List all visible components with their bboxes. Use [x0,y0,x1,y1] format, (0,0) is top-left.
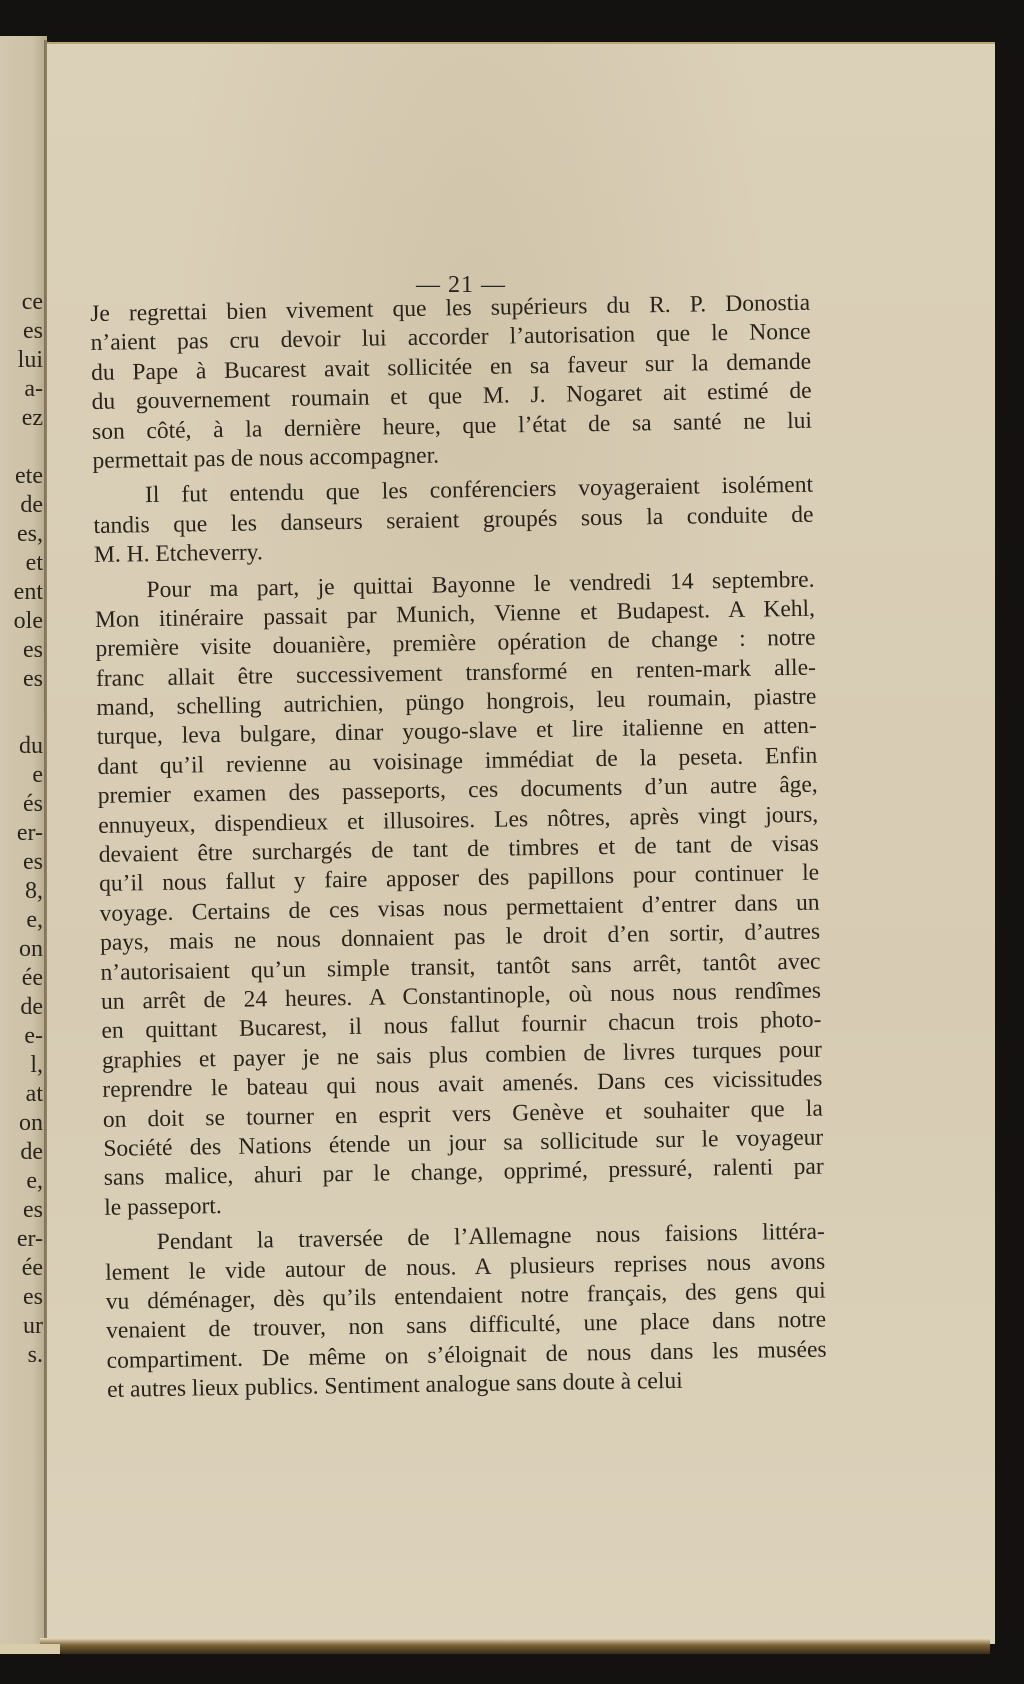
facing-page-text-fragment: at [26,1082,43,1106]
facing-page-stack-edge [0,1644,60,1654]
facing-page-text-fragment: de [20,493,43,517]
facing-page-text-fragment: ur [23,1314,43,1338]
facing-page-text-fragment: e, [26,1169,43,1193]
facing-page-text-fragment: es [23,319,43,343]
facing-page-text-fragment: es [23,667,43,691]
facing-page-text-fragment: ent [14,580,43,604]
facing-page-text-fragment: et [26,551,43,575]
facing-page-text-fragment: es, [17,522,43,546]
facing-page-text-fragment: a- [24,377,43,401]
facing-page-text-fragment: és [23,792,43,816]
facing-page-text-fragment: er- [17,821,43,845]
facing-page-text-fragment: ole [14,609,43,633]
body-text: Je regrettai bien vivement que les supér… [90,289,827,1406]
facing-page-text-fragment: on [19,937,43,961]
facing-page-text-fragment: e [32,763,43,787]
facing-page-text-fragment: ez [22,406,43,430]
facing-page-text-fragment: ete [15,464,43,488]
facing-page-text-fragment: l, [30,1053,43,1077]
facing-page-text-fragment: es [23,1285,43,1309]
facing-page-text-fragment: es [23,638,43,662]
facing-page-text-fragment: du [19,734,43,758]
facing-page-text-fragment: de [20,1140,43,1164]
facing-page-text-fragment: es [23,1198,43,1222]
facing-page-text-fragment: ée [22,1256,43,1280]
page-stack-edge [40,1638,990,1654]
facing-page-text-fragment: lui [18,348,43,372]
facing-page-text-fragment: ée [22,966,43,990]
facing-page-text-fragment: er- [17,1227,43,1251]
facing-page-text-fragment: on [19,1111,43,1135]
facing-page-text-fragment: es [23,850,43,874]
facing-page-text-fragment: s. [28,1343,43,1367]
facing-page-text-fragment: de [20,995,43,1019]
facing-page-text-fragment: 8, [25,879,43,903]
facing-page-text-fragment: e- [24,1024,43,1048]
facing-page-text-fragment: e, [26,908,43,932]
